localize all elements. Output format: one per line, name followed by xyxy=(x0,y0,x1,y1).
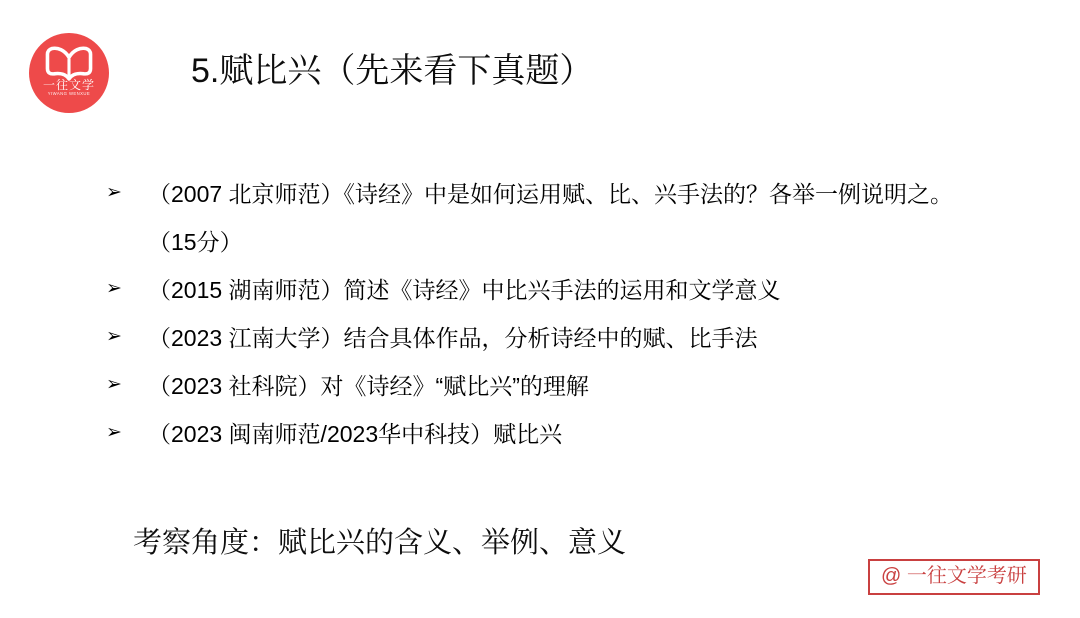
logo-brand-name: 一往文学 xyxy=(43,79,95,91)
slide-title: 5.赋比兴（先来看下真题） xyxy=(191,50,593,93)
arrow-bullet-icon: ➢ xyxy=(106,375,148,394)
question-item: ➢ （2023 社科院）对《诗经》“赋比兴”的理解 xyxy=(106,360,1016,408)
question-item-continuation: （15分） xyxy=(106,216,1016,264)
presentation-slide: 一往文学 YIWANG WENXUE 5.赋比兴（先来看下真题） ➢ （2007… xyxy=(0,0,1080,618)
question-text: （2023 江南大学）结合具体作品，分析诗经中的赋、比手法 xyxy=(148,320,758,353)
watermark-badge: @ 一往文学考研 xyxy=(868,559,1040,595)
open-book-icon xyxy=(43,33,95,82)
exam-focus-line: 考察角度：赋比兴的含义、举例、意义 xyxy=(133,520,626,561)
question-text: （2023 社科院）对《诗经》“赋比兴”的理解 xyxy=(148,368,589,401)
question-text: （2007 北京师范）《诗经》中是如何运用赋、比、兴手法的？各举一例说明之。 xyxy=(148,176,953,209)
question-text: （15分） xyxy=(148,224,243,257)
arrow-bullet-icon: ➢ xyxy=(106,279,148,298)
question-item: ➢ （2023 江南大学）结合具体作品，分析诗经中的赋、比手法 xyxy=(106,312,1016,360)
question-item: ➢ （2007 北京师范）《诗经》中是如何运用赋、比、兴手法的？各举一例说明之。 xyxy=(106,168,1016,216)
logo-brand-subtext: YIWANG WENXUE xyxy=(48,92,90,98)
question-text: （2023 闽南师范/2023华中科技）赋比兴 xyxy=(148,416,562,449)
question-list: ➢ （2007 北京师范）《诗经》中是如何运用赋、比、兴手法的？各举一例说明之。… xyxy=(106,168,1016,456)
question-item: ➢ （2015 湖南师范）简述《诗经》中比兴手法的运用和文学意义 xyxy=(106,264,1016,312)
arrow-bullet-icon: ➢ xyxy=(106,327,148,346)
brand-logo: 一往文学 YIWANG WENXUE xyxy=(29,33,109,113)
arrow-bullet-icon: ➢ xyxy=(106,423,148,442)
arrow-bullet-icon: ➢ xyxy=(106,183,148,202)
question-item: ➢ （2023 闽南师范/2023华中科技）赋比兴 xyxy=(106,408,1016,456)
question-text: （2015 湖南师范）简述《诗经》中比兴手法的运用和文学意义 xyxy=(148,272,781,305)
